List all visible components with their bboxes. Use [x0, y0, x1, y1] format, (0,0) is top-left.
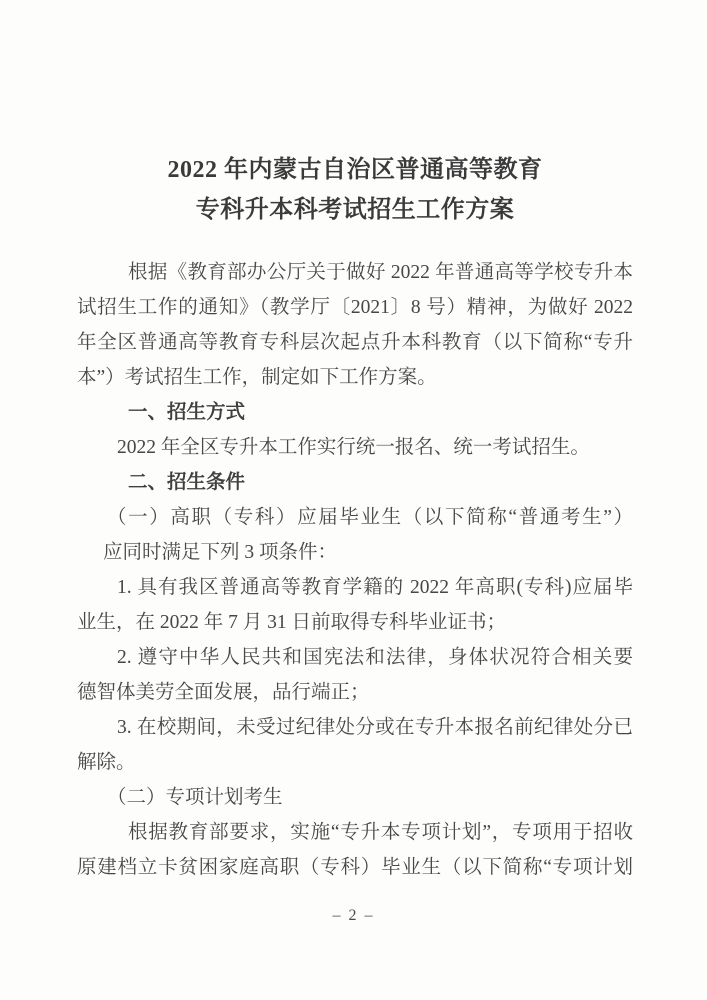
page-number: – 2 – [0, 902, 707, 930]
document-page: 2022 年内蒙古自治区普通高等教育 专科升本科考试招生工作方案 根据《教育部办… [0, 0, 707, 1000]
document-line: 一、招生方式 [77, 395, 633, 430]
document-line: 根据《教育部办公厅关于做好 2022 年普通高等学校专升本考 [77, 255, 633, 290]
document-line: 本”）考试招生工作，制定如下工作方案。 [77, 360, 633, 395]
document-line: 二、招生条件 [77, 465, 633, 500]
document-title-line-1: 2022 年内蒙古自治区普通高等教育 [77, 150, 633, 190]
document-line: 3. 在校期间，未受过纪律处分或在专升本报名前纪律处分已 [77, 710, 633, 745]
document-line: 1. 具有我区普通高等教育学籍的 2022 年高职(专科)应届毕 [77, 570, 633, 605]
document-line: 年全区普通高等教育专科层次起点升本科教育（以下简称“专升 [77, 325, 633, 360]
document-line: （二）专项计划考生 [77, 780, 633, 815]
document-line: 根据教育部要求，实施“专升本专项计划”，专项用于招收 [77, 815, 633, 850]
document-title-line-2: 专科升本科考试招生工作方案 [77, 190, 633, 230]
document-body: 根据《教育部办公厅关于做好 2022 年普通高等学校专升本考试招生工作的通知》（… [77, 255, 633, 885]
document-line: 德智体美劳全面发展，品行端正； [77, 675, 633, 710]
document-line: 2022 年全区专升本工作实行统一报名、统一考试招生。 [77, 430, 633, 465]
document-line: 应同时满足下列 3 项条件： [77, 535, 633, 570]
document-line: 原建档立卡贫困家庭高职（专科）毕业生（以下简称“专项计划 [77, 850, 633, 885]
document-title: 2022 年内蒙古自治区普通高等教育 专科升本科考试招生工作方案 [77, 150, 633, 230]
document-line: 2. 遵守中华人民共和国宪法和法律，身体状况符合相关要求， [77, 640, 633, 675]
document-line: （一）高职（专科）应届毕业生（以下简称“普通考生”） [77, 500, 633, 535]
document-line: 业生，在 2022 年 7 月 31 日前取得专科毕业证书； [77, 605, 633, 640]
document-line: 试招生工作的通知》（教学厅〔2021〕8 号）精神，为做好 2022 [77, 290, 633, 325]
document-line: 解除。 [77, 745, 633, 780]
